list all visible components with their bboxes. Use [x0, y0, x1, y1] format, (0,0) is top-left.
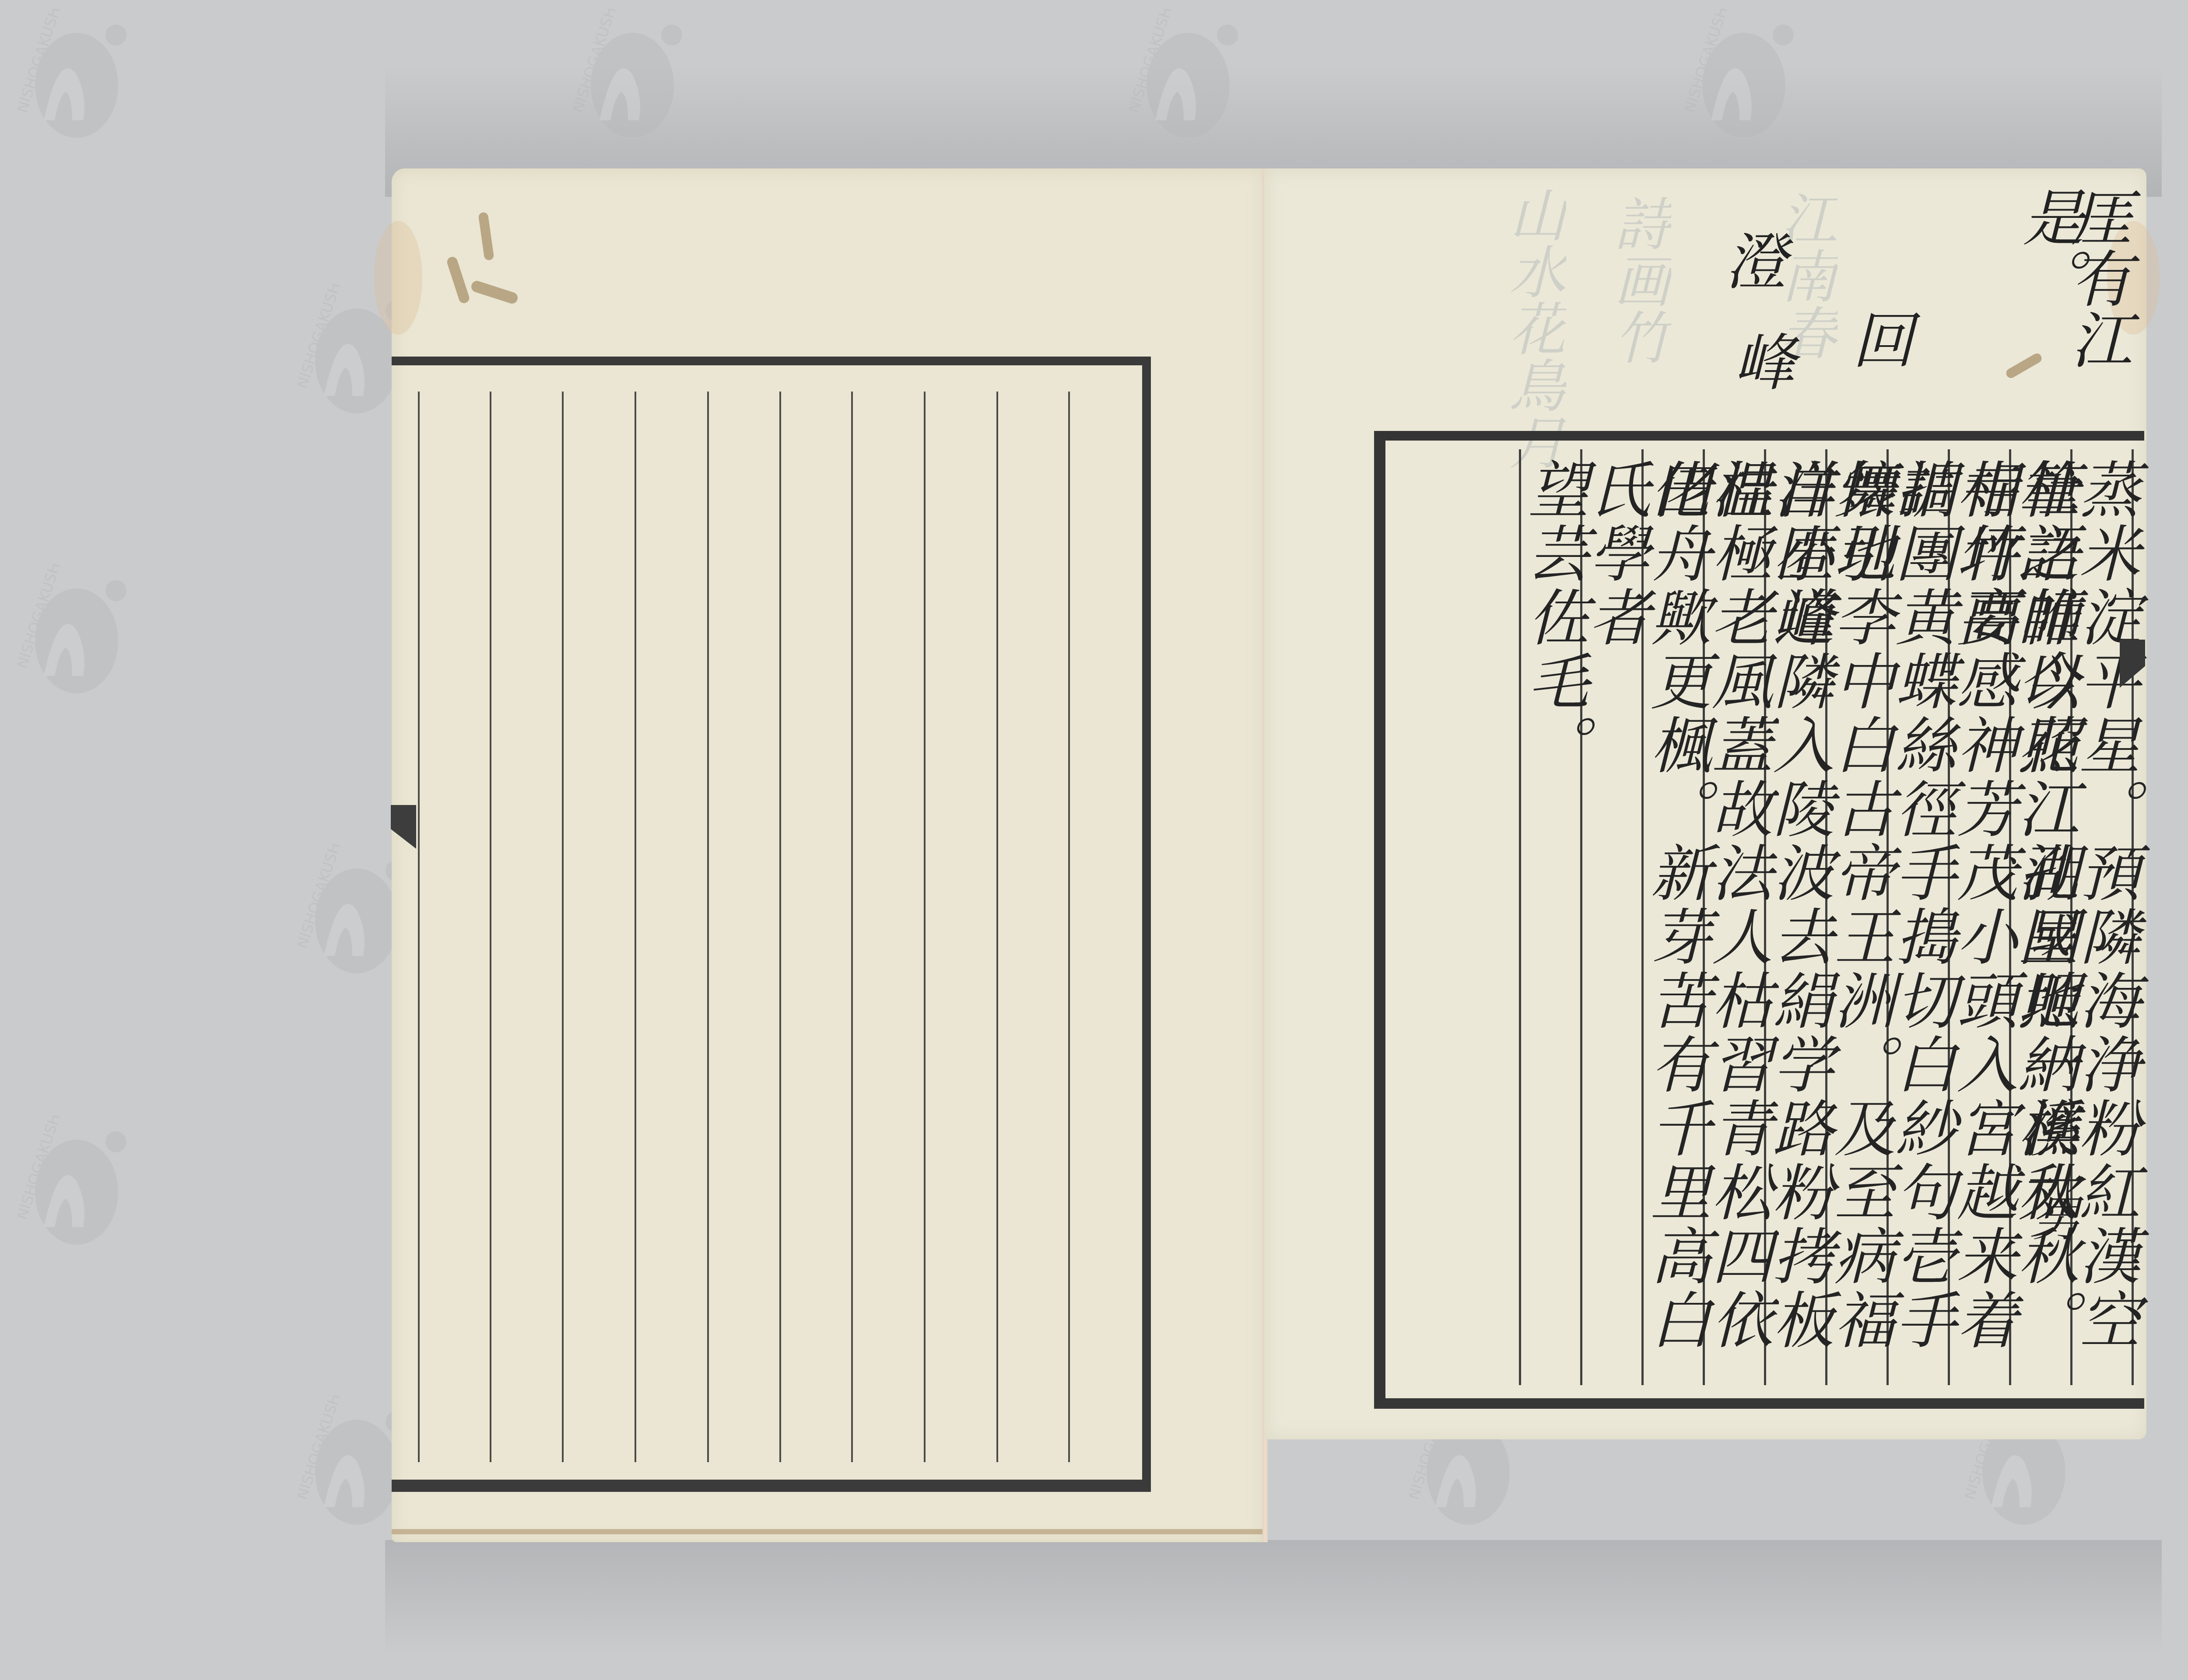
column-rule [996, 392, 998, 1462]
text-column: 望芸佐毛。 [1522, 458, 1584, 777]
nishogakusha-logo-icon: NISHOGAKUSHA [1129, 9, 1243, 140]
show-through-text: 詩画竹 [1597, 195, 1679, 365]
column-rule [707, 392, 709, 1462]
signature: 男 [2029, 1193, 2077, 1241]
right-page: 山水花鳥月 詩画竹 江南春 厓有江 是。 回 澄 峰 蒸米淀平星。預隣海浄粉紅漢… [1265, 168, 2146, 1439]
header-column: 是。 [2017, 186, 2079, 308]
text-column: 蒸米淀平星。預隣海浄粉紅漢空 [2074, 458, 2135, 1352]
page-bottom-edge [392, 1529, 1262, 1534]
stain [374, 221, 422, 335]
column-rule [418, 392, 420, 1462]
column-rule [562, 392, 564, 1462]
fishtail-mark [391, 805, 416, 849]
column-rule [851, 392, 853, 1462]
nishogakusha-logo-icon: NISHOGAKUSHA [573, 9, 687, 140]
nishogakusha-logo-icon: NISHOGAKUSHA [18, 1116, 131, 1247]
column-rule [924, 392, 926, 1462]
header-column: 回 [1847, 308, 1908, 370]
nishogakusha-logo-icon: NISHOGAKUSHA [18, 9, 131, 140]
show-through-text: 山水花鳥月 [1492, 186, 1574, 470]
column-rule [779, 392, 781, 1462]
background-shadow-bottom [385, 1540, 2162, 1654]
worm-hole-stain [2005, 352, 2044, 380]
right-woodblock-frame: 蒸米淀平星。預隣海浄粉紅漢空杜之帷今花江湖國地一溪秋筆語師以照江孔呈照納樵太秋。… [1374, 431, 2144, 1409]
nishogakusha-logo-icon: NISHOGAKUSHA [18, 564, 131, 696]
nishogakusha-logo-icon: NISHOGAKUSHA [1685, 9, 1799, 140]
worm-hole-stain [478, 212, 494, 261]
column-rule [635, 392, 636, 1462]
column-rule [490, 392, 491, 1462]
text-column: 田舟歟更楓。新芽苦有千里高白氏學者 [1584, 458, 1706, 1398]
header-column: 澄 [1720, 230, 1781, 291]
worm-hole-stain [470, 280, 519, 305]
column-rule [1068, 392, 1070, 1462]
left-woodblock-frame [392, 357, 1151, 1492]
worm-hole-stain [446, 255, 471, 304]
open-book: 山水花鳥月 詩画竹 江南春 厓有江 是。 回 澄 峰 蒸米淀平星。預隣海浄粉紅漢… [392, 168, 2146, 1542]
left-page [392, 168, 1265, 1542]
header-column: 峰 [1729, 330, 1790, 392]
